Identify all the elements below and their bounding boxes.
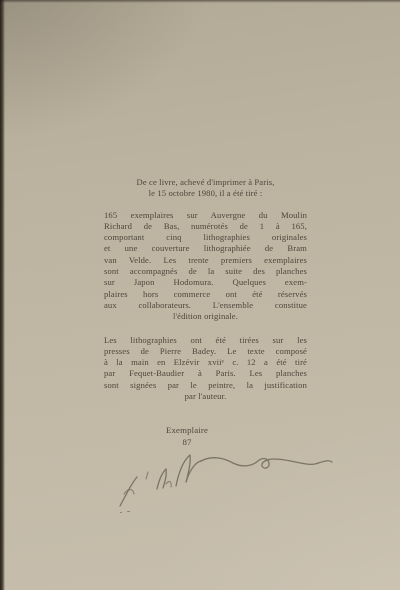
signature-drawing bbox=[100, 448, 345, 514]
text-line: 165 exemplaires sur Auvergne du Moulin bbox=[104, 210, 307, 221]
colophon-text-block: De ce livre, achevé d'imprimer à Paris,l… bbox=[104, 177, 307, 402]
text-line: à la main en Elzévir xviiᵉ c. 12 a été t… bbox=[104, 357, 307, 368]
page-top-edge-shadow bbox=[0, 0, 400, 3]
text-line: aux collaborateurs. L'ensemble constitue bbox=[104, 300, 307, 311]
text-line: par Fequet-Baudier à Paris. Les planches bbox=[104, 368, 307, 379]
text-line: sur Japon Hodomura. Quelques exem- bbox=[104, 277, 307, 288]
page-left-edge-shadow bbox=[0, 0, 5, 590]
text-line: De ce livre, achevé d'imprimer à Paris, bbox=[104, 177, 307, 188]
text-line: van Velde. Les trente premiers exemplair… bbox=[104, 255, 307, 266]
copy-number-block: Exemplaire 87 bbox=[86, 424, 288, 448]
text-line: l'édition originale. bbox=[104, 311, 307, 322]
text-line: sont accompagnés de la suite des planche… bbox=[104, 266, 307, 277]
text-line: presses de Pierre Badey. Le texte compos… bbox=[104, 346, 307, 357]
text-line: Les lithographies ont été tirées sur les bbox=[104, 335, 307, 346]
text-line: comportant cinq lithographies originales bbox=[104, 232, 307, 243]
colophon-paragraph-printing: Les lithographies ont été tirées sur les… bbox=[104, 335, 307, 403]
colophon-paragraph-intro: De ce livre, achevé d'imprimer à Paris,l… bbox=[104, 177, 307, 200]
copy-number-label: Exemplaire bbox=[86, 424, 288, 436]
text-line: et une couverture lithographiée de Bram bbox=[104, 243, 307, 254]
text-line: par l'auteur. bbox=[104, 391, 307, 402]
text-line: sont signées par le peintre, la justific… bbox=[104, 380, 307, 391]
author-signature bbox=[100, 448, 345, 514]
text-line: le 15 octobre 1980, il a été tiré : bbox=[104, 188, 307, 199]
text-line: plaires hors commerce ont été réservés bbox=[104, 289, 307, 300]
copy-number-value: 87 bbox=[86, 436, 288, 448]
book-page-photo: De ce livre, achevé d'imprimer à Paris,l… bbox=[0, 0, 400, 590]
colophon-paragraph-edition: 165 exemplaires sur Auvergne du MoulinRi… bbox=[104, 210, 307, 323]
text-line: Richard de Bas, numérotés de 1 à 165, bbox=[104, 221, 307, 232]
